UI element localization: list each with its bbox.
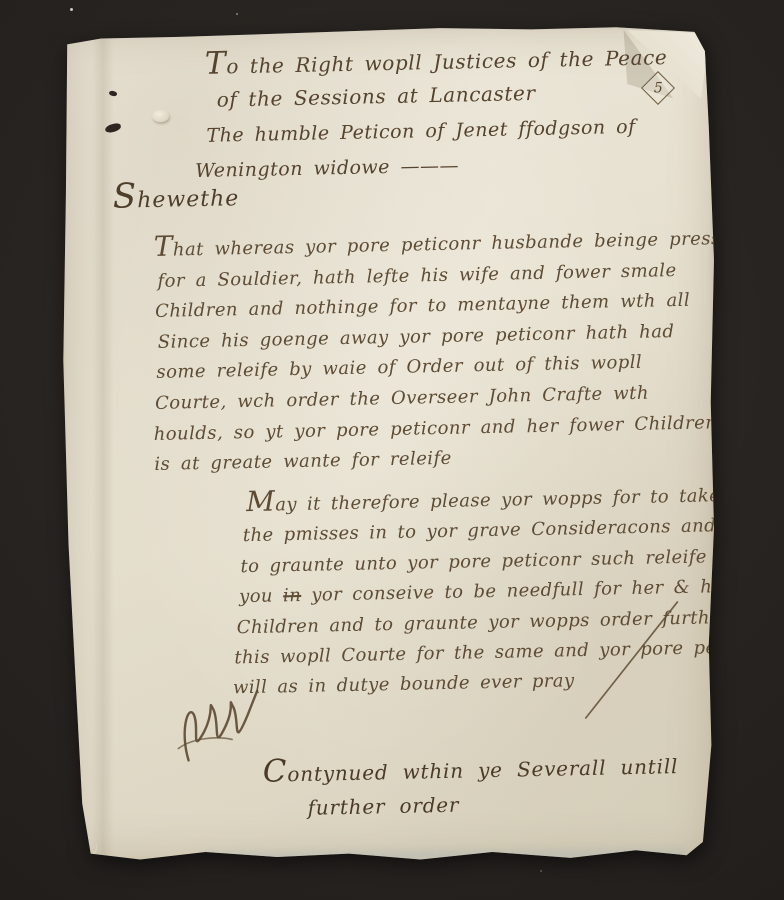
ink-stroke-diagonal xyxy=(575,598,688,729)
prayer-text: you xyxy=(239,586,283,608)
address-block: To the Right wopll Justices of the Peace… xyxy=(202,41,669,117)
body-paragraph: That whereas yor pore peticonr husbande … xyxy=(150,224,749,481)
petitioner-block: The humble Peticon of Jenet ffodgson of … xyxy=(193,110,637,189)
dust-speck xyxy=(236,13,238,15)
manuscript-page: 5 To the Right wopll Justices of the Pea… xyxy=(62,26,714,862)
photo-backdrop: 5 To the Right wopll Justices of the Pea… xyxy=(0,0,784,900)
endorsement-block: Contynued wthin ye Severall untill furth… xyxy=(257,749,680,826)
dust-speck xyxy=(70,8,73,11)
endorsement-line: further order xyxy=(307,783,679,825)
struck-out-word: in xyxy=(283,585,302,606)
prayer-paragraph: May it therefore please yor wopps for to… xyxy=(229,480,774,704)
paper-sheet: 5 To the Right wopll Justices of the Pea… xyxy=(62,26,714,862)
salutation: Shewethe xyxy=(113,186,240,214)
handwriting-layer: To the Right wopll Justices of the Peace… xyxy=(61,13,730,862)
dust-speck xyxy=(540,870,542,872)
